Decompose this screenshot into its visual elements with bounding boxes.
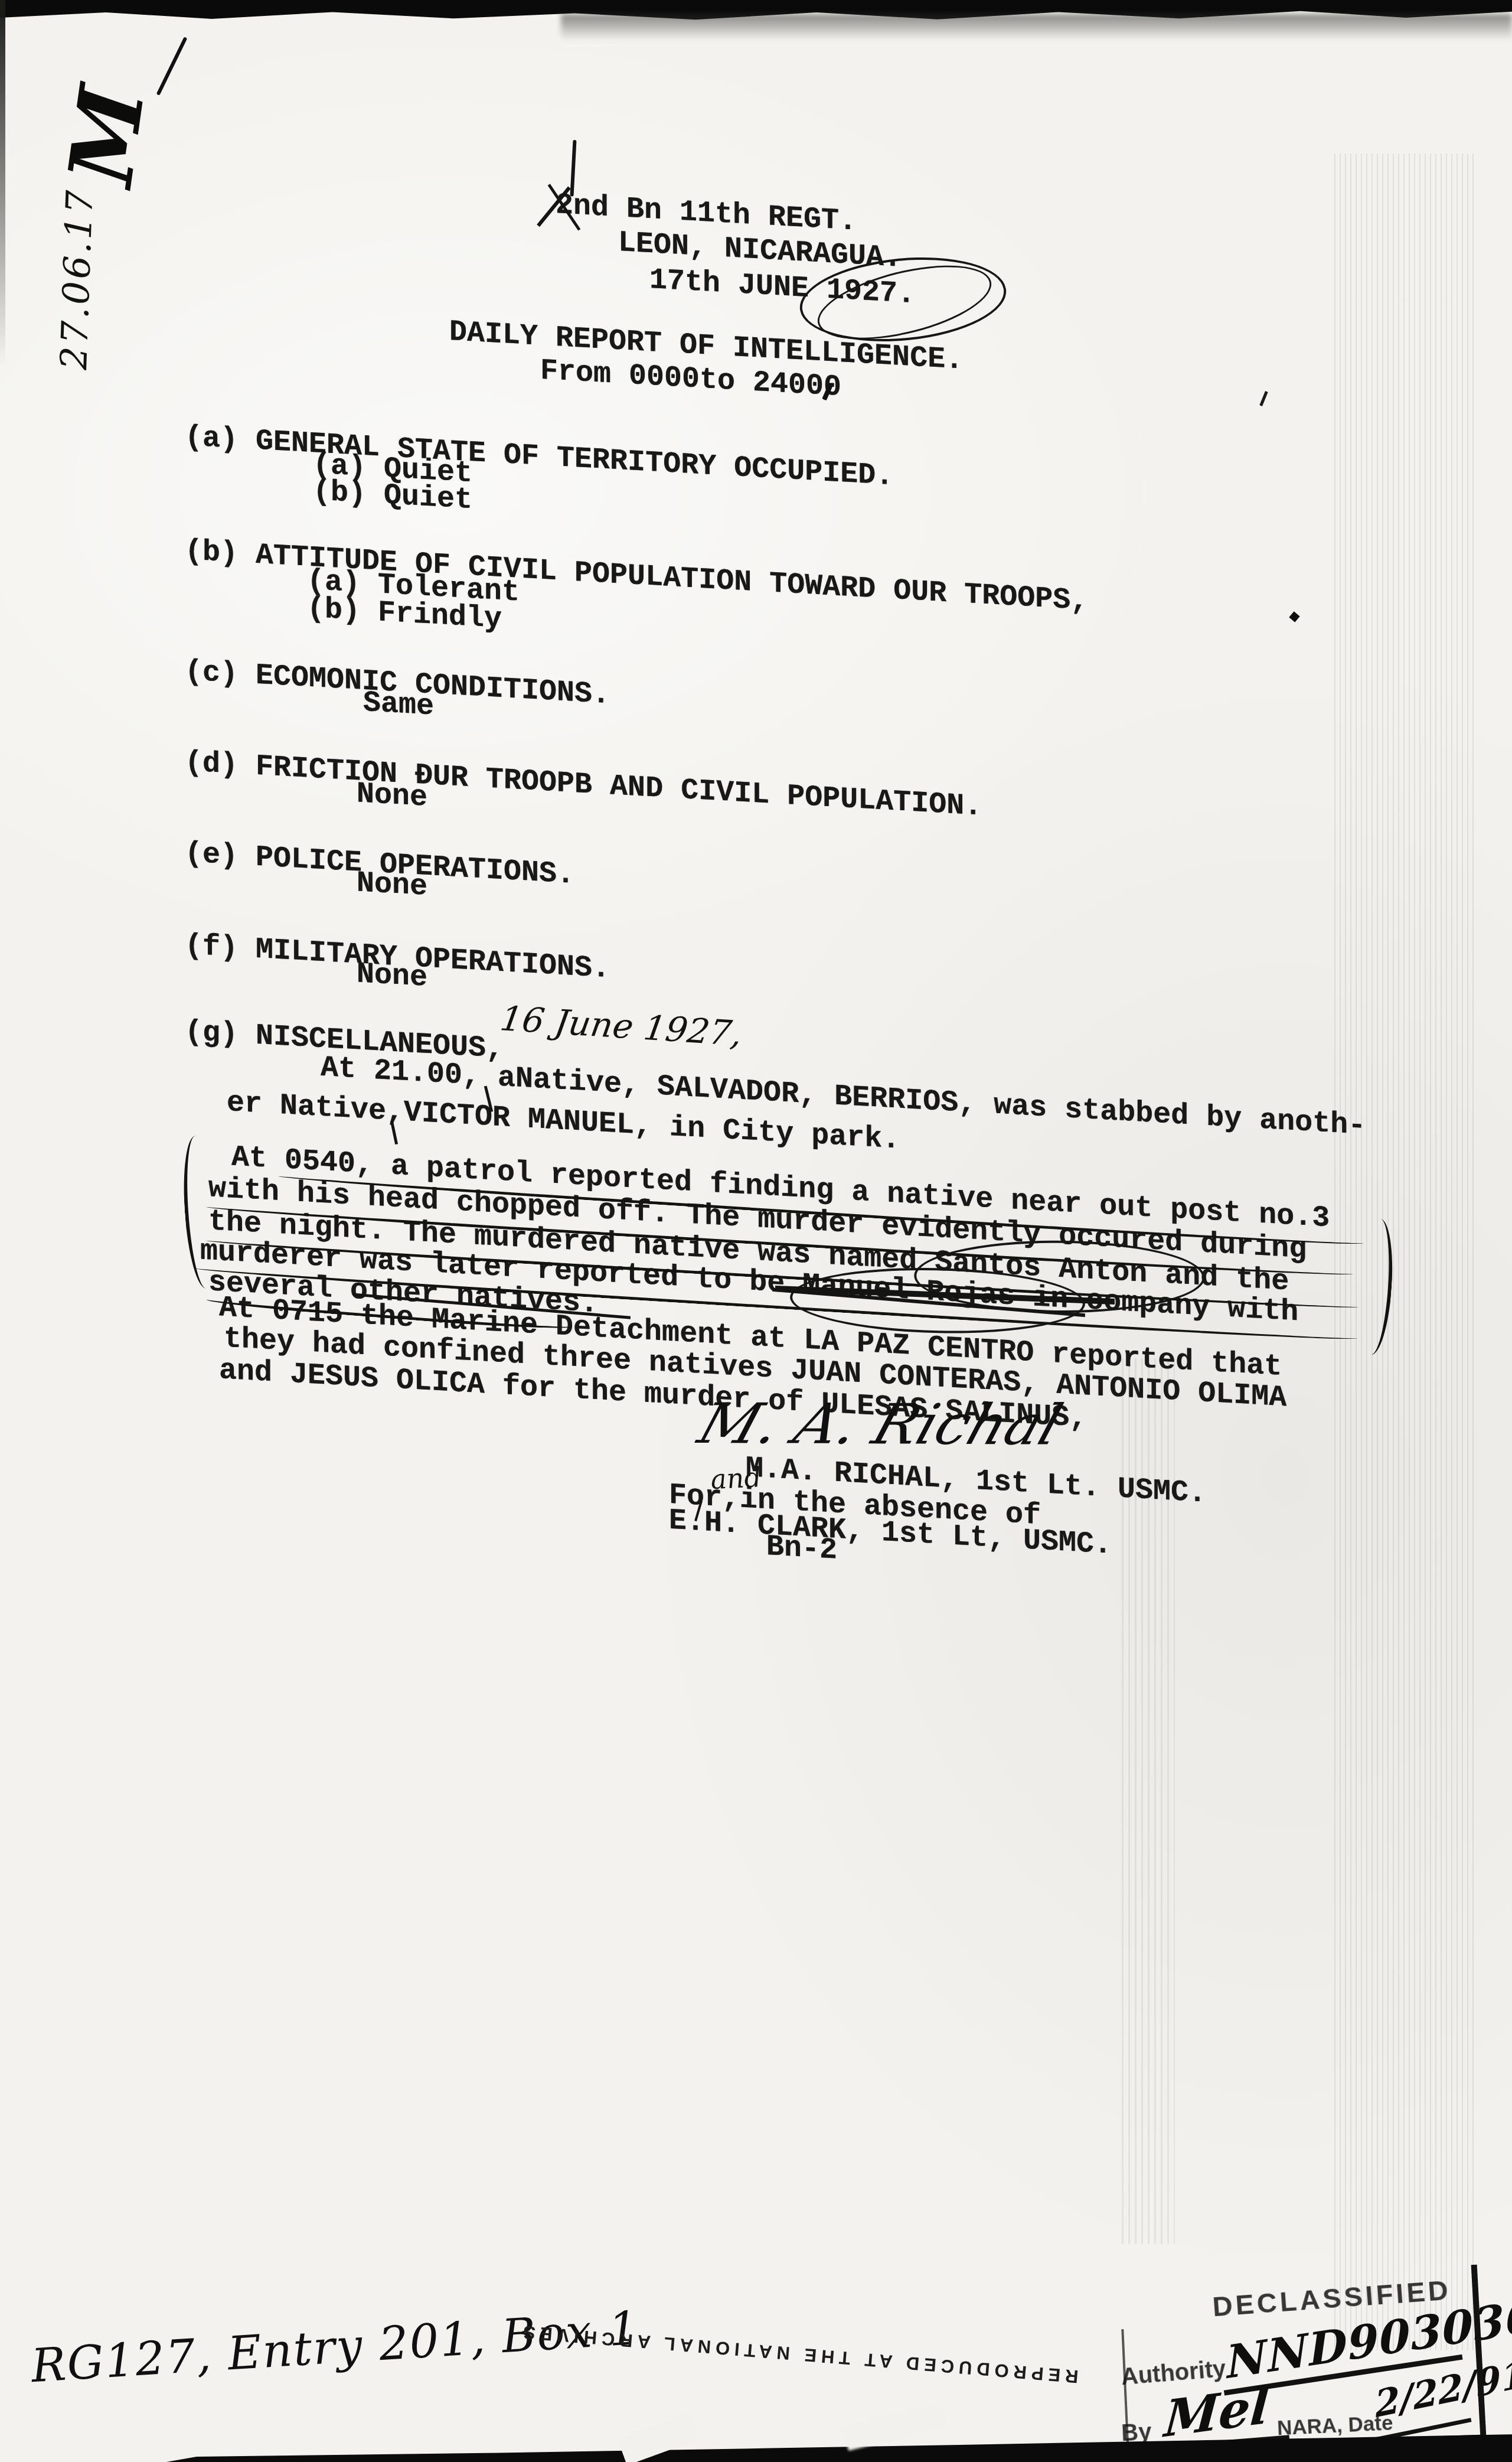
section-f-item-1: None bbox=[357, 960, 427, 993]
handwritten-archive-reference: RG127, Entry 201, Box 1 bbox=[30, 2302, 641, 2393]
stamp-border-right bbox=[1471, 2265, 1487, 2442]
unit-line: 2nd Bn 11th REGT. bbox=[556, 191, 857, 237]
scanned-document-page: M 27.06.17 2nd Bn 11th REGT. LEON, NICAR… bbox=[0, 0, 1512, 2462]
pen-right-parenthesis bbox=[1355, 1217, 1396, 1356]
section-c-item-1: Same bbox=[363, 689, 434, 722]
handwritten-corner-date: 27.06.17 bbox=[52, 187, 102, 370]
handwritten-initial: M bbox=[48, 84, 165, 192]
section-d-item-1: None bbox=[357, 780, 427, 813]
declassified-stamp: DECLASSIFIED Authority NND903036 By Mel … bbox=[1111, 2258, 1501, 2462]
paper-fold-notch bbox=[843, 2404, 946, 2451]
section-a-item-2: (b) Quiet bbox=[313, 477, 472, 516]
handwritten-report-date: 16 June 1927, bbox=[498, 998, 745, 1054]
section-d-heading: (d) FRICTION ÐUR TROOPB AND CIVIL POPULA… bbox=[185, 748, 982, 822]
scan-left-edge bbox=[0, 0, 5, 366]
section-e-item-1: None bbox=[357, 869, 427, 902]
typed-report: 2nd Bn 11th REGT. LEON, NICARAGUA. 17th … bbox=[185, 0, 1512, 1730]
pen-slash-mark bbox=[156, 37, 188, 96]
section-a-heading: (a) GENERAL STATE OF TERRITORY OCCUPIED. bbox=[185, 423, 893, 492]
pen-vertical-mark bbox=[570, 140, 576, 197]
handwritten-signature: M. A. Richal bbox=[691, 1391, 1070, 1458]
signature-office: Bn-2 bbox=[766, 1532, 837, 1566]
